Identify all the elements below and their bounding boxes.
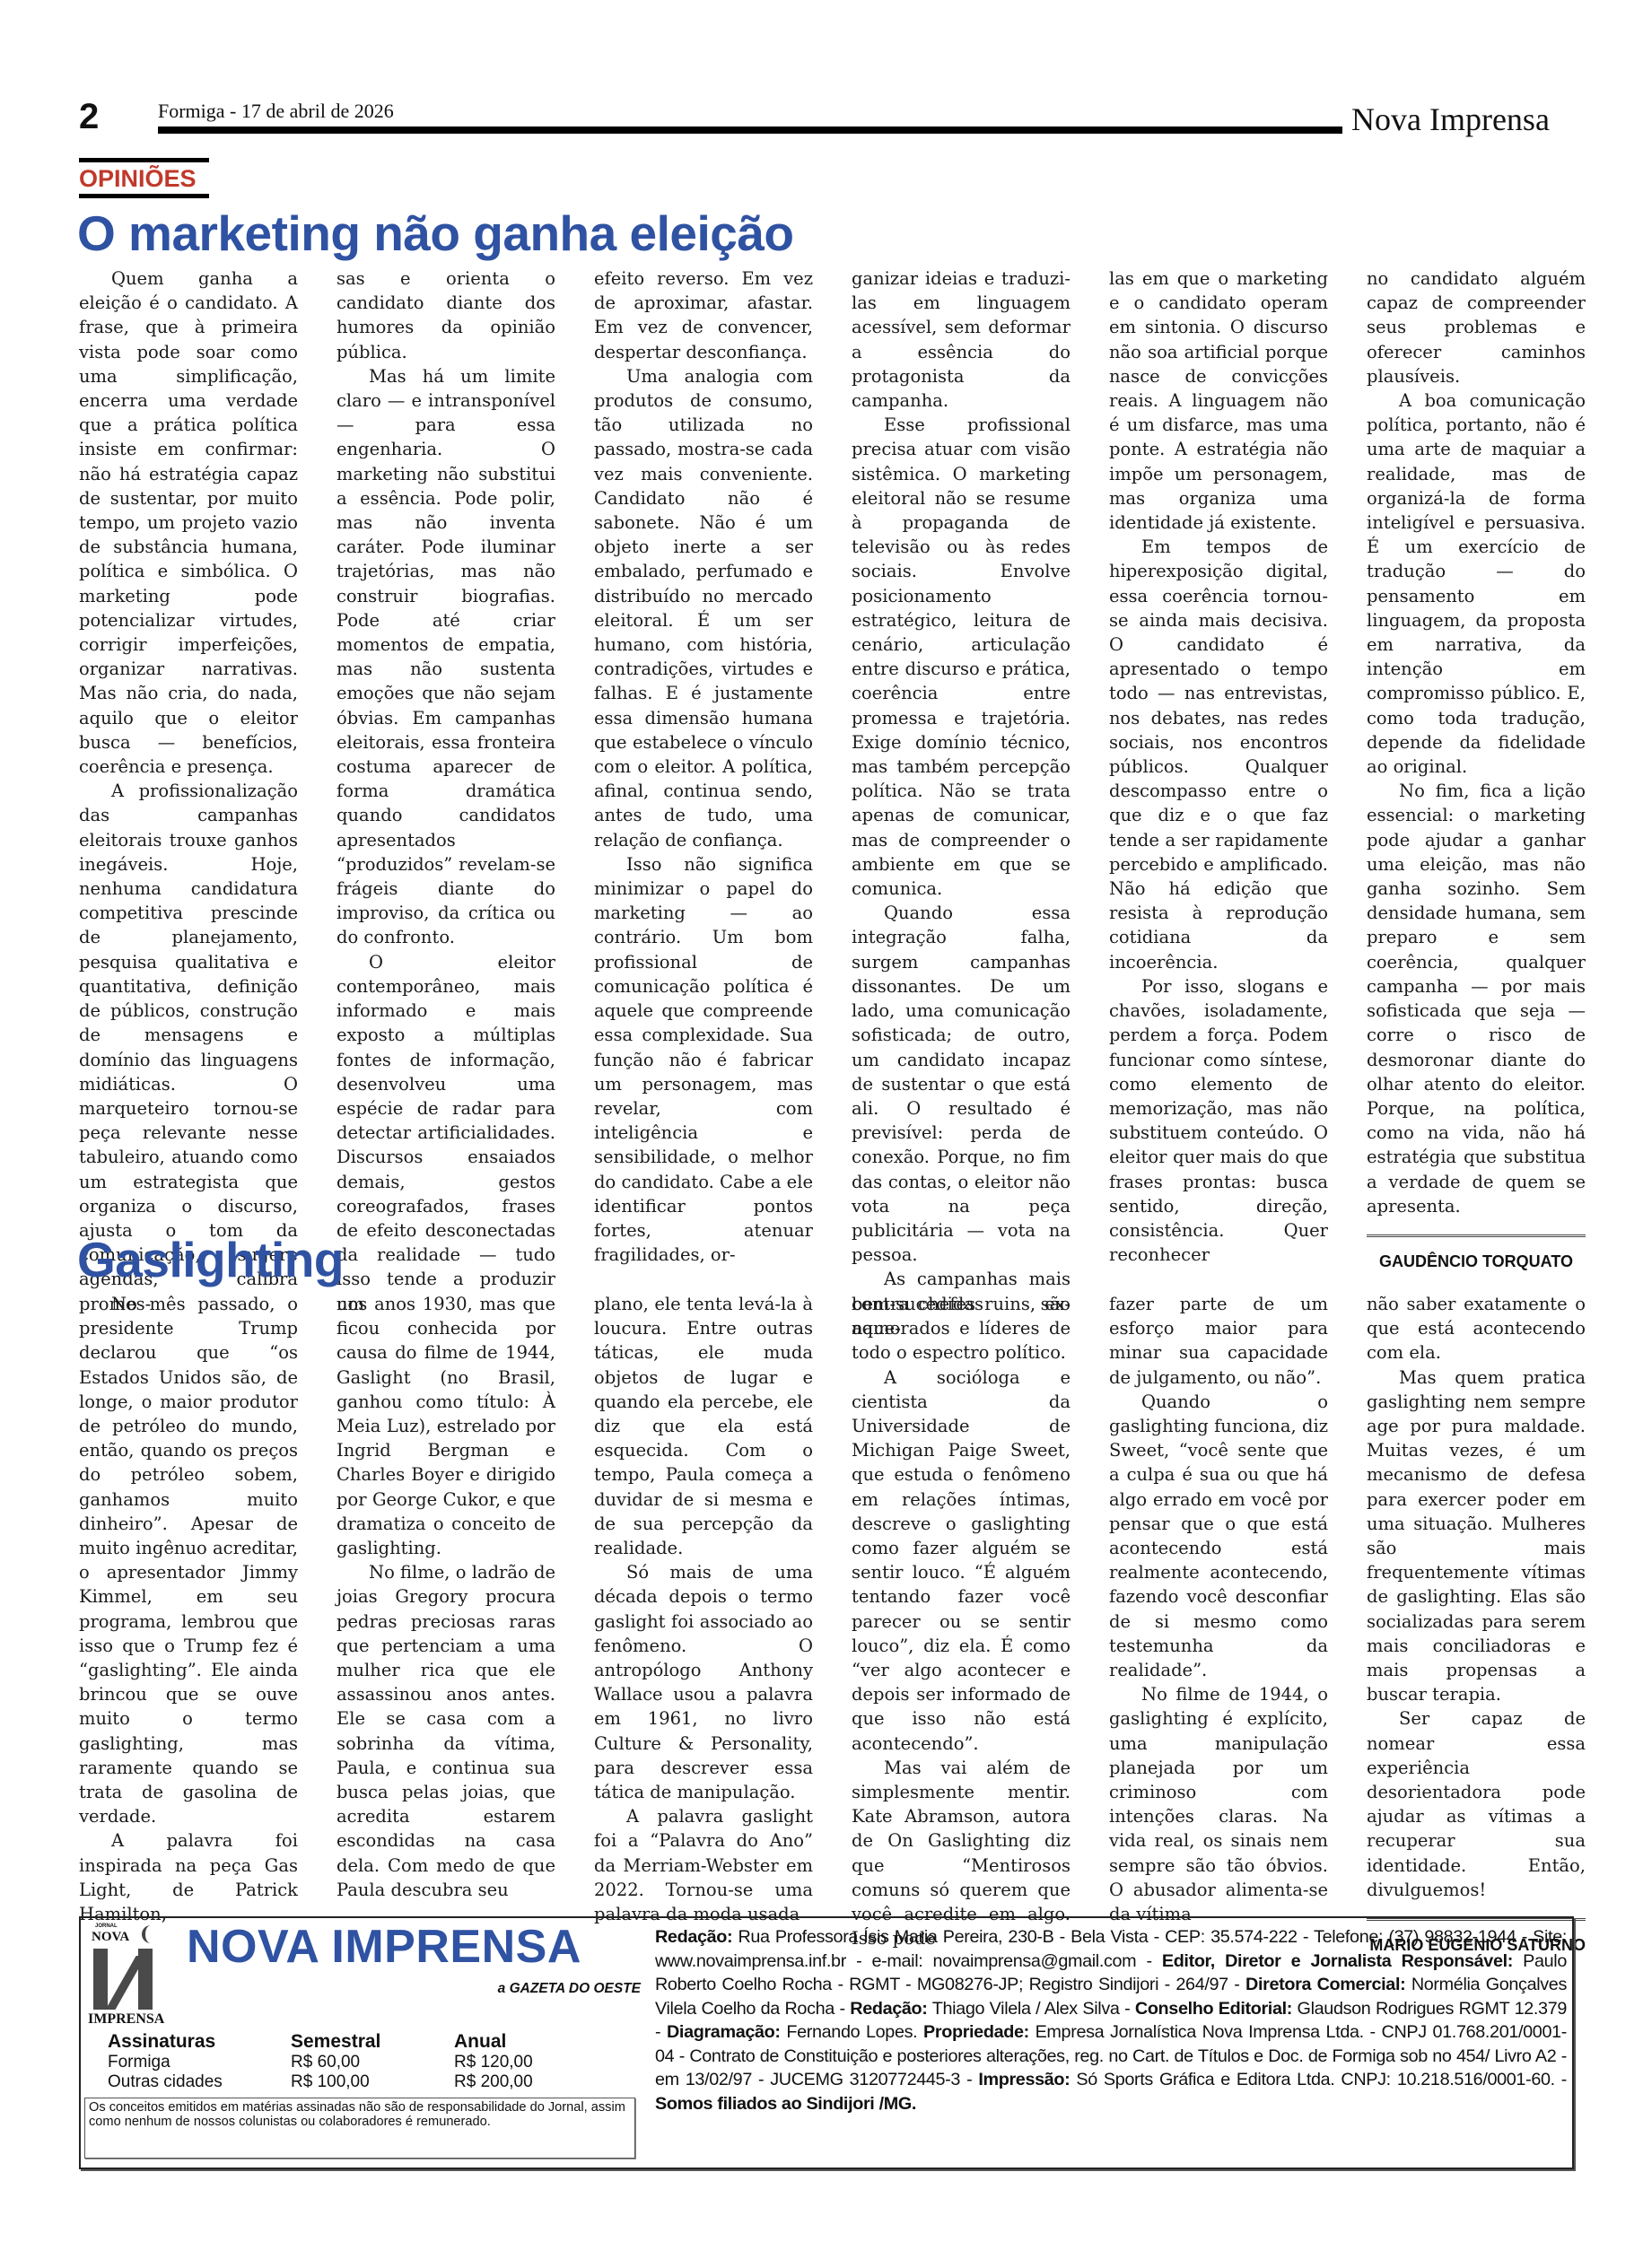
newspaper-brand: Nova Imprensa xyxy=(1351,100,1550,138)
paragraph: No filme de 1944, o gaslighting é explíc… xyxy=(1109,1682,1328,1926)
paragraph: fazer parte de um esforço maior para min… xyxy=(1109,1292,1328,1390)
paragraph: O eleitor contemporâneo, mais informado … xyxy=(336,950,555,1316)
paragraph: A palavra gaslight foi a “Palavra do Ano… xyxy=(594,1804,813,1926)
subscription-header: Assinaturas xyxy=(108,2031,291,2053)
crescent-icon xyxy=(142,1925,160,1943)
paragraph: No mês passado, o presidente Trump decla… xyxy=(79,1292,298,1828)
subscription-cell: R$ 200,00 xyxy=(454,2072,598,2092)
paragraph: Quando essa integração falha, surgem cam… xyxy=(852,901,1071,1267)
paragraph: Quem ganha a eleição é o candidato. A fr… xyxy=(79,266,298,779)
article-column: No mês passado, o presidente Trump decla… xyxy=(79,1292,298,1902)
article-column: ganizar ideias e traduzi-las em linguage… xyxy=(852,266,1071,1195)
expediente-value: Thiago Vilela / Alex Silva - xyxy=(928,1999,1135,2019)
article-column: sas e orienta o candidato diante dos hum… xyxy=(336,266,555,1195)
logo-bar xyxy=(138,1949,153,2010)
paragraph: A boa comunicação política, portanto, nã… xyxy=(1367,388,1586,779)
paragraph: nos anos 1930, mas que ficou conhecida p… xyxy=(336,1292,555,1560)
paragraph: sas e orienta o candidato diante dos hum… xyxy=(336,266,555,364)
article-column: efeito reverso. Em vez de aproximar, afa… xyxy=(594,266,813,1195)
paragraph: Isso não significa minimizar o papel do … xyxy=(594,852,813,1267)
article-column: plano, ele tenta levá-la à loucura. Entr… xyxy=(594,1292,813,1902)
subscription-header-row: Assinaturas Semestral Anual xyxy=(108,2031,598,2053)
paragraph: A socióloga e cientista da Universidade … xyxy=(852,1365,1071,1756)
subscription-cell: Formiga xyxy=(108,2053,291,2072)
subscription-cell: Outras cidades xyxy=(108,2072,291,2092)
article-column: Quem ganha a eleição é o candidato. A fr… xyxy=(79,266,298,1195)
paragraph: ganizar ideias e traduzi-las em linguage… xyxy=(852,266,1071,413)
page-number: 2 xyxy=(79,97,99,136)
expediente-label: Conselho Editorial: xyxy=(1135,1999,1292,2019)
newspaper-logo-icon: JORNAL NOVA IMPRENSA xyxy=(86,1922,185,2029)
article-column: contra chefes ruins, ex-namorados e líde… xyxy=(852,1292,1071,1902)
expediente-value: Só Sports Gráfica e Editora Ltda. CNPJ: … xyxy=(1070,2070,1567,2089)
expediente-value: Fernando Lopes. xyxy=(781,2022,923,2042)
subscription-row: Formiga R$ 60,00 R$ 120,00 xyxy=(108,2053,598,2072)
subscription-row: Outras cidades R$ 100,00 R$ 200,00 xyxy=(108,2072,598,2092)
paragraph: A palavra foi inspirada na peça Gas Ligh… xyxy=(79,1828,298,1926)
paragraph: Esse profissional precisa atuar com visã… xyxy=(852,413,1071,901)
article-column: fazer parte de um esforço maior para min… xyxy=(1109,1292,1328,1902)
paragraph: Uma analogia com produtos de consumo, tã… xyxy=(594,364,813,852)
header-rule xyxy=(158,126,1342,134)
subscription-cell: R$ 60,00 xyxy=(291,2053,454,2072)
logo-top-text: NOVA xyxy=(92,1930,129,1945)
paragraph: las em que o marketing e o candidato ope… xyxy=(1109,266,1328,535)
masthead-panel: JORNAL NOVA IMPRENSA NOVA IMPRENSA a GAZ… xyxy=(81,1918,646,2168)
subscription-cell: R$ 120,00 xyxy=(454,2053,598,2072)
logo-bar xyxy=(93,1949,108,2010)
expediente-box: JORNAL NOVA IMPRENSA NOVA IMPRENSA a GAZ… xyxy=(79,1916,1574,2169)
article-column: não saber exatamente o que está acontece… xyxy=(1367,1292,1586,1902)
expediente-label: Redação: xyxy=(850,1999,927,2019)
paragraph: Ser capaz de nomear essa experiência des… xyxy=(1367,1706,1586,1902)
article-column: nos anos 1930, mas que ficou conhecida p… xyxy=(336,1292,555,1902)
section-tag: OPINIÕES xyxy=(79,158,209,198)
paragraph: Por isso, slogans e chavões, isoladament… xyxy=(1109,974,1328,1267)
paragraph: não saber exatamente o que está acontece… xyxy=(1367,1292,1586,1365)
logo-small-label: JORNAL xyxy=(95,1923,118,1929)
logo-bottom-text: IMPRENSA xyxy=(88,2011,164,2028)
subscription-header: Semestral xyxy=(291,2031,454,2053)
paragraph: Em tempos de hiperexposição digital, ess… xyxy=(1109,535,1328,974)
article-title: Gaslighting xyxy=(77,1231,344,1288)
paragraph: Mas quem pratica gaslighting nem sempre … xyxy=(1367,1365,1586,1707)
expediente-label: Editor, Diretor e Jornalista Responsável… xyxy=(1162,1951,1513,1971)
expediente-label: Impressão: xyxy=(978,2070,1070,2089)
expediente-label: Diretora Comercial: xyxy=(1245,1975,1405,1994)
masthead-title: NOVA IMPRENSA xyxy=(187,1918,581,1976)
paragraph: No filme, o ladrão de joias Gregory proc… xyxy=(336,1560,555,1902)
section-label: OPINIÕES xyxy=(79,165,209,192)
expediente-label: Diagramação: xyxy=(667,2022,781,2042)
paragraph: no candidato alguém capaz de compreender… xyxy=(1367,266,1586,388)
subscription-table: Assinaturas Semestral Anual Formiga R$ 6… xyxy=(108,2031,598,2092)
expediente-text: Redação: Rua Professora Ísis Maria Perei… xyxy=(655,1925,1567,2115)
paragraph: Só mais de uma década depois o termo gas… xyxy=(594,1560,813,1804)
article-column: las em que o marketing e o candidato ope… xyxy=(1109,266,1328,1195)
subscription-cell: R$ 100,00 xyxy=(291,2072,454,2092)
author-byline: GAUDÊNCIO TORQUATO xyxy=(1367,1234,1586,1274)
paragraph: contra chefes ruins, ex-namorados e líde… xyxy=(852,1292,1071,1365)
dateline: Formiga - 17 de abril de 2026 xyxy=(158,100,394,122)
expediente-label: Propriedade: xyxy=(923,2022,1029,2042)
subscription-header: Anual xyxy=(454,2031,598,2053)
article-column: no candidato alguém capaz de compreender… xyxy=(1367,266,1586,1195)
expediente-label: Somos filiados ao Sindijori /MG. xyxy=(655,2094,916,2114)
expediente-label: Redação: xyxy=(655,1927,732,1947)
disclaimer-note: Os conceitos emitidos em matérias assina… xyxy=(84,2098,635,2159)
logo-diagonal xyxy=(108,1956,138,2010)
article-body: Quem ganha a eleição é o candidato. A fr… xyxy=(79,266,1572,1195)
paragraph: efeito reverso. Em vez de aproximar, afa… xyxy=(594,266,813,364)
paragraph: plano, ele tenta levá-la à loucura. Entr… xyxy=(594,1292,813,1560)
article-title: O marketing não ganha eleição xyxy=(77,205,794,262)
paragraph: Mas há um limite claro — e intransponíve… xyxy=(336,364,555,950)
paragraph: No fim, fica a lição essencial: o market… xyxy=(1367,779,1586,1218)
article-body: No mês passado, o presidente Trump decla… xyxy=(79,1292,1572,1902)
masthead-tagline: a GAZETA DO OESTE xyxy=(498,1981,641,1997)
paragraph: Quando o gaslighting funciona, diz Sweet… xyxy=(1109,1390,1328,1682)
